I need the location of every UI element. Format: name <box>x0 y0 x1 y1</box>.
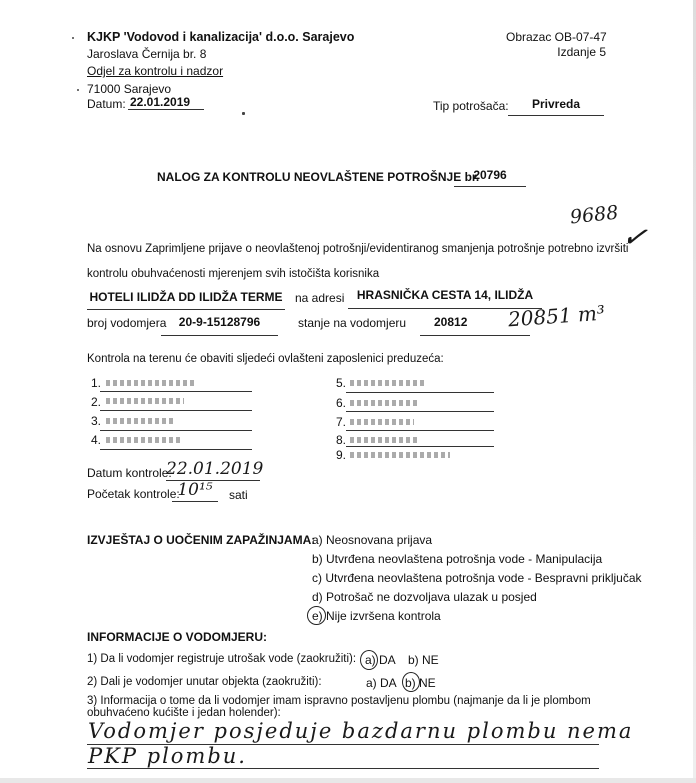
handwritten-number: 9688 <box>569 202 619 229</box>
scan-speck <box>72 37 74 39</box>
question-3-line-2: obuhvaćeno kućište i jedan holender): <box>87 707 281 719</box>
employee-3-line <box>100 430 252 431</box>
employee-2-line <box>100 410 252 411</box>
employee-1-number: 1. <box>91 376 101 390</box>
question-1-option-b: b) NE <box>408 653 439 667</box>
employee-5-name-redacted <box>350 380 426 386</box>
question-2-selected-circle <box>402 672 420 692</box>
report-option-d: d) Potrošač ne dozvoljava ulazak u posje… <box>312 590 537 604</box>
report-option-e: e) Nije izvršena kontrola <box>312 609 441 623</box>
employee-5-line <box>346 392 494 393</box>
consumer-type-label: Tip potrošača: <box>433 99 509 113</box>
customer-name: HOTELI ILIDŽA DD ILIDŽA TERME <box>87 290 285 310</box>
employee-8-name-redacted <box>350 437 418 443</box>
employee-7-name-redacted <box>350 419 414 425</box>
question-1: 1) Da li vodomjer registruje utrošak vod… <box>87 653 356 665</box>
employee-4-number: 4. <box>91 433 101 447</box>
employee-3-number: 3. <box>91 414 101 428</box>
employee-2-name-redacted <box>106 398 184 404</box>
employee-1-line <box>100 391 252 392</box>
employee-2-number: 2. <box>91 395 101 409</box>
employee-7-line <box>346 430 494 431</box>
question-3-line-1: 3) Informacija o tome da li vodomjer ima… <box>87 695 591 707</box>
date-label: Datum: <box>87 97 126 111</box>
control-start-value: 10¹⁵ <box>172 480 218 502</box>
meter-info-heading: INFORMACIJE O VODOMJERU: <box>87 630 267 644</box>
report-option-b: b) Utvrđena neovlaštena potrošnja vode -… <box>312 552 602 566</box>
meter-number: 20-9-15128796 <box>161 315 278 336</box>
customer-address: HRASNIČKA CESTA 14, ILIDŽA <box>348 288 542 309</box>
consumer-type-value: Privreda <box>508 97 604 116</box>
date-value: 22.01.2019 <box>128 95 204 110</box>
employee-4-line <box>100 449 252 450</box>
employee-6-name-redacted <box>350 400 418 406</box>
form-code: Obrazac OB-07-47 <box>506 30 606 44</box>
control-start-label: Početak kontrole: <box>87 487 180 501</box>
employee-3-name-redacted <box>106 418 176 424</box>
control-date-value: 22.01.2019 <box>166 459 260 481</box>
employees-heading: Kontrola na terenu će obaviti sljedeći o… <box>87 353 444 365</box>
scan-speck <box>77 89 79 91</box>
order-number: 20796 <box>454 168 526 187</box>
answer-line-1: Vodomjer posjeduje bazdarnu plombu nema <box>88 719 633 743</box>
page-bottom-edge <box>0 778 696 783</box>
department: Odjel za kontrolu i nadzor <box>87 64 223 78</box>
company-street: Jaroslava Černija br. 8 <box>87 47 206 61</box>
question-1-selected-circle <box>360 650 378 670</box>
document-title: NALOG ZA KONTROLU NEOVLAŠTENE POTROŠNJE … <box>157 170 479 184</box>
employee-1-name-redacted <box>106 380 196 386</box>
employee-8-number: 8. <box>336 433 346 447</box>
employee-8-line <box>346 446 494 447</box>
scan-speck <box>242 112 245 115</box>
company-name: KJKP 'Vodovod i kanalizacija' d.o.o. Sar… <box>87 30 354 44</box>
meter-number-label: broj vodomjera <box>87 316 166 330</box>
answer-line-2-rule <box>87 768 599 769</box>
selected-option-circle <box>307 606 326 625</box>
intro-line-2: kontrolu obuhvaćenosti mjerenjem svih is… <box>87 268 379 280</box>
employee-9-name-redacted <box>350 452 450 458</box>
intro-line-1: Na osnovu Zaprimljene prijave o neovlašt… <box>87 243 628 255</box>
report-option-c: c) Utvrđena neovlaštena potrošnja vode -… <box>312 571 642 585</box>
employee-4-name-redacted <box>106 437 180 443</box>
control-date-label: Datum kontrole: <box>87 466 172 480</box>
employee-9-number: 9. <box>336 448 346 462</box>
question-2: 2) Dali je vodomjer unutar objekta (zaok… <box>87 676 322 688</box>
employee-5-number: 5. <box>336 376 346 390</box>
employee-7-number: 7. <box>336 415 346 429</box>
answer-line-2: PKP plombu. <box>88 744 247 768</box>
address-label: na adresi <box>295 291 344 305</box>
form-edition: Izdanje 5 <box>506 45 606 59</box>
meter-reading-label: stanje na vodomjeru <box>298 316 406 330</box>
employee-6-number: 6. <box>336 396 346 410</box>
report-option-a: a) Neosnovana prijava <box>312 533 432 547</box>
report-heading: IZVJEŠTAJ O UOČENIM ZAPAŽINJAMA: <box>87 533 315 547</box>
employee-6-line <box>346 411 494 412</box>
company-city: 71000 Sarajevo <box>87 82 171 96</box>
control-start-unit: sati <box>229 488 248 502</box>
question-2-option-a: a) DA <box>366 676 397 690</box>
